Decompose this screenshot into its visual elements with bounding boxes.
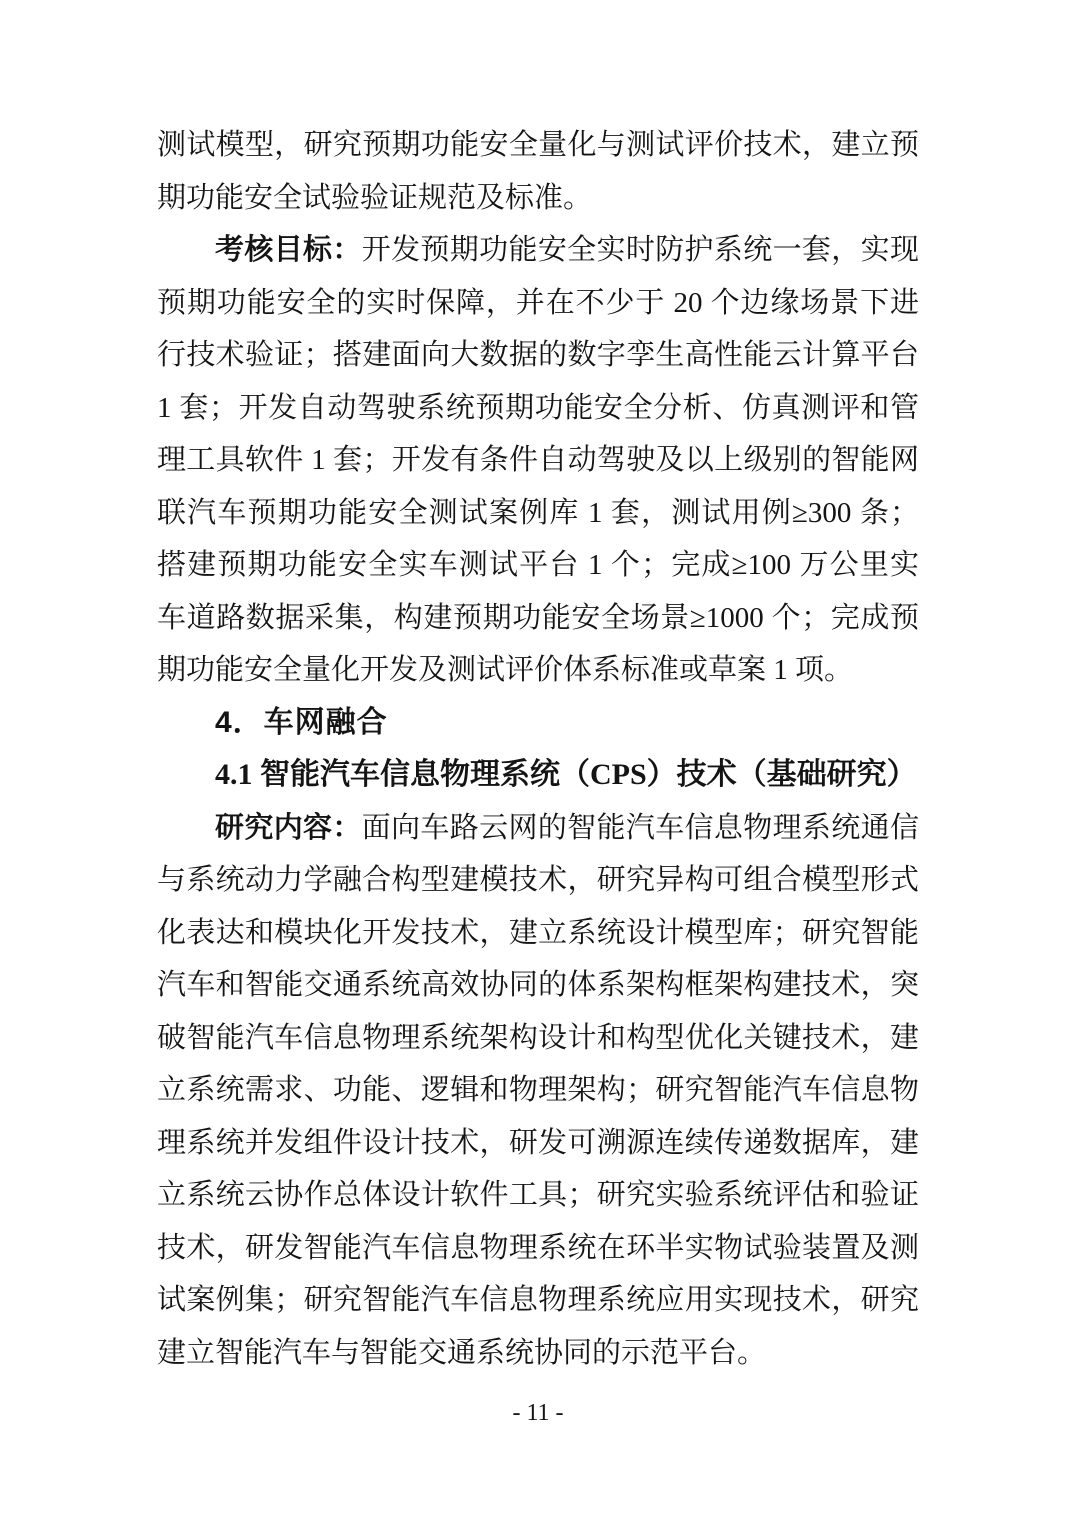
text-line: 预期功能安全的实时保障，并在不少于 20 个边缘场景下进 <box>157 277 919 330</box>
text-line: 车道路数据采集，构建预期功能安全场景≥1000 个；完成预 <box>157 592 919 645</box>
text-line: 化表达和模块化开发技术，建立系统设计模型库；研究智能 <box>157 907 919 960</box>
text-line: 试案例集；研究智能汽车信息物理系统应用实现技术，研究 <box>157 1274 919 1327</box>
document-page: 测试模型，研究预期功能安全量化与测试评价技术，建立预期功能安全试验验证规范及标准… <box>0 0 1076 1518</box>
page-number: - 11 - <box>512 1400 563 1426</box>
text-line: 建立智能汽车与智能交通系统协同的示范平台。 <box>157 1327 919 1380</box>
text-line: 技术，研发智能汽车信息物理系统在环半实物试验装置及测 <box>157 1222 919 1275</box>
text-line: 行技术验证；搭建面向大数据的数字孪生高性能云计算平台 <box>157 329 919 382</box>
text-line: 理系统并发组件设计技术，研发可溯源连续传递数据库，建 <box>157 1117 919 1170</box>
text-line: 考核目标：开发预期功能安全实时防护系统一套，实现 <box>157 224 919 277</box>
section-heading: 4.1 智能汽车信息物理系统（CPS）技术（基础研究） <box>157 749 919 802</box>
text-line: 破智能汽车信息物理系统架构设计和构型优化关键技术，建 <box>157 1012 919 1065</box>
text-line: 汽车和智能交通系统高效协同的体系架构框架构建技术，突 <box>157 959 919 1012</box>
section-heading: 4．车网融合 <box>157 697 919 750</box>
text-line: 立系统云协作总体设计软件工具；研究实验系统评估和验证 <box>157 1169 919 1222</box>
text-line: 研究内容：面向车路云网的智能汽车信息物理系统通信 <box>157 802 919 855</box>
text-line: 理工具软件 1 套；开发有条件自动驾驶及以上级别的智能网 <box>157 434 919 487</box>
text-line: 1 套；开发自动驾驶系统预期功能安全分析、仿真测评和管 <box>157 382 919 435</box>
page-footer: - 11 - <box>0 1400 1076 1427</box>
text-line: 期功能安全量化开发及测试评价体系标准或草案 1 项。 <box>157 644 919 697</box>
run-label: 研究内容： <box>215 812 362 844</box>
text-line: 测试模型，研究预期功能安全量化与测试评价技术，建立预 <box>157 119 919 172</box>
document-body: 测试模型，研究预期功能安全量化与测试评价技术，建立预期功能安全试验验证规范及标准… <box>157 119 919 1379</box>
run-label: 考核目标： <box>215 234 362 266</box>
text-line: 搭建预期功能安全实车测试平台 1 个；完成≥100 万公里实 <box>157 539 919 592</box>
text-line: 期功能安全试验验证规范及标准。 <box>157 172 919 225</box>
text-line: 联汽车预期功能安全测试案例库 1 套，测试用例≥300 条； <box>157 487 919 540</box>
text-line: 与系统动力学融合构型建模技术，研究异构可组合模型形式 <box>157 854 919 907</box>
text-line: 立系统需求、功能、逻辑和物理架构；研究智能汽车信息物 <box>157 1064 919 1117</box>
